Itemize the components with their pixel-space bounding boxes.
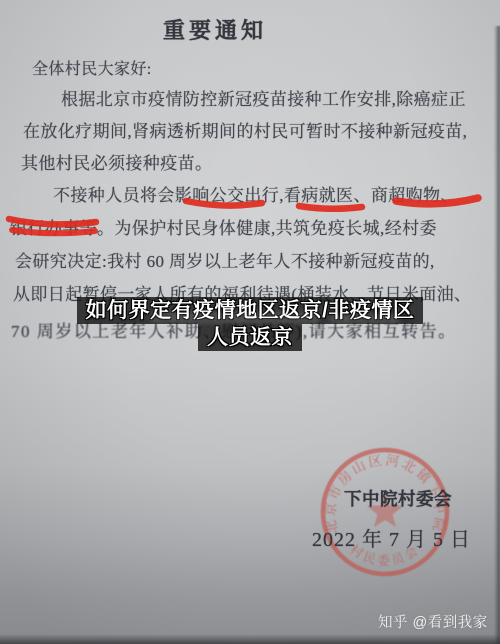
caption-line-2: 人员返京 — [198, 324, 302, 351]
caption-overlay: 如何界定有疫情地区返京/非疫情区 人员返京 — [0, 297, 500, 351]
red-underline-medical — [299, 206, 362, 209]
notice-body-line: 根据北京市疫情防控新冠疫苗接种工作安排,除癌症正 — [61, 85, 466, 110]
notice-photo: 重要通知 全体村民大家好: 根据北京市疫情防控新冠疫苗接种工作安排,除癌症正 在… — [0, 0, 500, 644]
notice-body-line: 在放化疗期间,肾病透析期间的村民可暂时不接种新冠疫苗, — [23, 117, 467, 142]
notice-salutation: 全体村民大家好: — [32, 56, 152, 79]
photo-bottom-shadow — [0, 634, 500, 644]
notice-body-line: 不接种人员将会影响公交出行,看病就医、商超购物、 — [53, 181, 458, 206]
notice-body-line: 银行办事等。为保护村民身体健康,共筑免疫长城,经村委 — [10, 214, 437, 239]
notice-body-line: 会研究决定:我村 60 周岁以上老年人不接种新冠疫苗的, — [15, 247, 435, 272]
official-seal: 北京市房山区河北镇下中院 村民委员会 — [312, 440, 460, 588]
notice-body-line: 其他村民必须接种疫苗。 — [21, 149, 212, 174]
caption-line-1: 如何界定有疫情地区返京/非疫情区 — [77, 297, 424, 324]
seal-signer-name: 下中院村委会 — [344, 486, 452, 511]
notice-title: 重要通知 — [0, 14, 430, 45]
zhihu-watermark: 知乎 @看到我家 — [378, 611, 488, 632]
seal-date: 2022 年 7 月 5 日 — [312, 523, 471, 552]
